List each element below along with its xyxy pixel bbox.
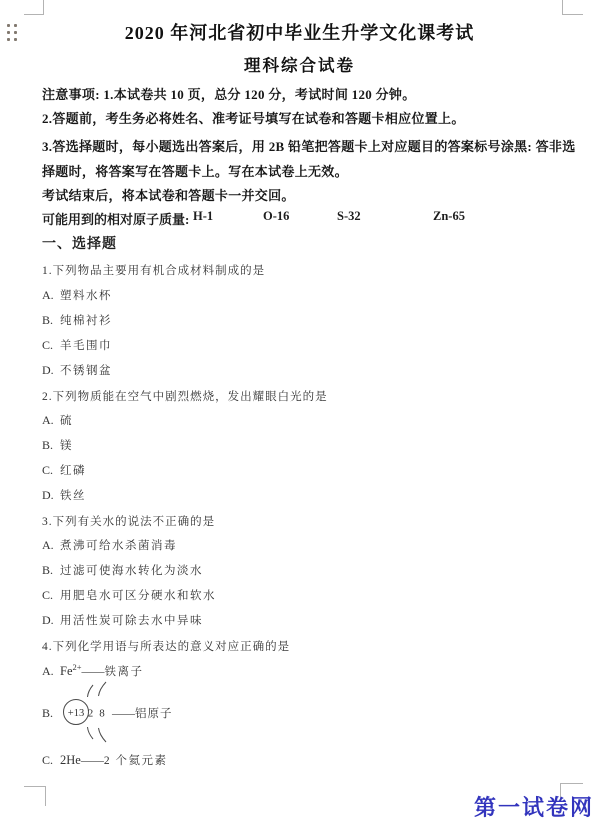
- option-letter: C.: [42, 338, 60, 353]
- option-letter: D.: [42, 363, 60, 378]
- option-text: 镁: [60, 440, 73, 452]
- option-row: D.用活性炭可除去水中异味: [42, 612, 203, 628]
- option-text: 过滤可使海水转化为淡水: [60, 565, 203, 577]
- electron-shell-arc: [99, 728, 107, 742]
- option-letter: C.: [42, 588, 60, 603]
- option-letter: A.: [42, 288, 60, 303]
- option-row: ——铝原子: [112, 705, 173, 721]
- option-text: 铝原子: [135, 708, 173, 720]
- option-text: 羊毛围巾: [60, 340, 112, 352]
- option-row: C.羊毛围巾: [42, 337, 112, 353]
- chemical-formula: Fe2+: [60, 664, 82, 678]
- question-stem: 4.下列化学用语与所表达的意义对应正确的是: [42, 638, 290, 654]
- dash: ——: [81, 755, 104, 767]
- option-row: D.铁丝: [42, 487, 86, 503]
- option-text: 塑料水杯: [60, 290, 112, 302]
- crop-mark-bottom-left: [24, 786, 45, 787]
- option-letter: D.: [42, 613, 60, 628]
- option-letter: A.: [42, 664, 60, 679]
- atomic-mass-label: 可能用到的相对原子质量:: [42, 209, 189, 228]
- atomic-mass-value: S-32: [337, 209, 361, 224]
- option-row: C.用肥皂水可区分硬水和软水: [42, 587, 216, 603]
- notice-line: 2.答题前，考生务必将姓名、准考证号填写在试卷和答题卡相应位置上。: [42, 108, 465, 127]
- option-letter: B.: [42, 438, 60, 453]
- exam-paper-page: 2020 年河北省初中毕业生升学文化课考试 理科综合试卷 注意事项: 1.本试卷…: [0, 0, 599, 829]
- notice-line: 3.答选择题时，每小题选出答案后，用 2B 铅笔把答题卡上对应题目的答案标号涂黑…: [42, 136, 576, 155]
- option-text: 纯棉衬衫: [60, 315, 112, 327]
- atomic-mass-row: 可能用到的相对原子质量: H-1 O-16 S-32 Zn-65: [0, 209, 599, 225]
- watermark-logo: 第一试卷网: [474, 791, 594, 822]
- chemical-formula: 2He: [60, 753, 81, 767]
- crop-mark-top-left: [43, 0, 44, 15]
- option-text: 不锈钢盆: [60, 365, 112, 377]
- shell-electron-count: 2: [88, 708, 94, 720]
- question-stem: 3.下列有关水的说法不正确的是: [42, 513, 215, 529]
- option-text: 煮沸可给水杀菌消毒: [60, 540, 177, 552]
- notice-line: 考试结束后，将本试卷和答题卡一并交回。: [42, 185, 295, 204]
- option-row: C.2He——2 个氦元素: [42, 752, 167, 768]
- option-row: B.镁: [42, 437, 73, 453]
- option-text: 用肥皂水可区分硬水和软水: [60, 590, 216, 602]
- option-letter: B.: [42, 313, 60, 328]
- option-text: 硫: [60, 415, 73, 427]
- shell-electron-count: 8: [99, 708, 105, 720]
- crop-mark-bottom-right: [560, 783, 583, 784]
- dash: ——: [112, 708, 135, 720]
- option-letter: A.: [42, 538, 60, 553]
- question-stem: 2.下列物质能在空气中剧烈燃烧，发出耀眼白光的是: [42, 388, 328, 404]
- option-text: 铁离子: [105, 666, 144, 678]
- option-row: A.煮沸可给水杀菌消毒: [42, 537, 177, 553]
- exam-subtitle: 理科综合试卷: [0, 52, 599, 76]
- option-row: A.Fe2+——铁离子: [42, 662, 144, 679]
- option-text: 铁丝: [60, 490, 86, 502]
- dash: ——: [82, 666, 105, 678]
- electron-shell-arc: [99, 682, 107, 696]
- option-row: A.硫: [42, 412, 73, 428]
- option-letter: C.: [42, 463, 60, 478]
- option-text: 用活性炭可除去水中异味: [60, 615, 203, 627]
- option-row: B.过滤可使海水转化为淡水: [42, 562, 203, 578]
- option-row: A.塑料水杯: [42, 287, 112, 303]
- option-row: D.不锈钢盆: [42, 362, 112, 378]
- exam-title: 2020 年河北省初中毕业生升学文化课考试: [0, 19, 599, 45]
- atomic-mass-value: O-16: [263, 209, 289, 224]
- atomic-mass-value: Zn-65: [433, 209, 465, 224]
- option-text: 2 个氦元素: [104, 755, 168, 767]
- option-row: C.红磷: [42, 462, 86, 478]
- option-letter: C.: [42, 753, 60, 768]
- electron-shell-arc: [88, 685, 94, 697]
- crop-mark-top-right: [562, 0, 563, 15]
- question-stem: 1.下列物品主要用有机合成材料制成的是: [42, 262, 265, 278]
- option-letter: D.: [42, 488, 60, 503]
- electron-shell-arc: [88, 727, 94, 739]
- nucleus-charge: +13: [68, 708, 84, 719]
- option-letter: B.: [42, 563, 60, 578]
- notice-line: 择题时，将答案写在答题卡上。写在本试卷上无效。: [42, 161, 348, 180]
- ion-charge-superscript: 2+: [73, 662, 82, 672]
- option-row: B.纯棉衬衫: [42, 312, 112, 328]
- crop-mark-top-right: [562, 14, 583, 15]
- section-heading: 一、选择题: [42, 233, 117, 253]
- notice-line: 注意事项: 1.本试卷共 10 页，总分 120 分，考试时间 120 分钟。: [42, 84, 416, 103]
- atomic-mass-value: H-1: [193, 209, 213, 224]
- crop-mark-bottom-left: [45, 786, 46, 806]
- crop-mark-top-left: [24, 14, 44, 15]
- option-text: 红磷: [60, 465, 86, 477]
- option-letter: A.: [42, 413, 60, 428]
